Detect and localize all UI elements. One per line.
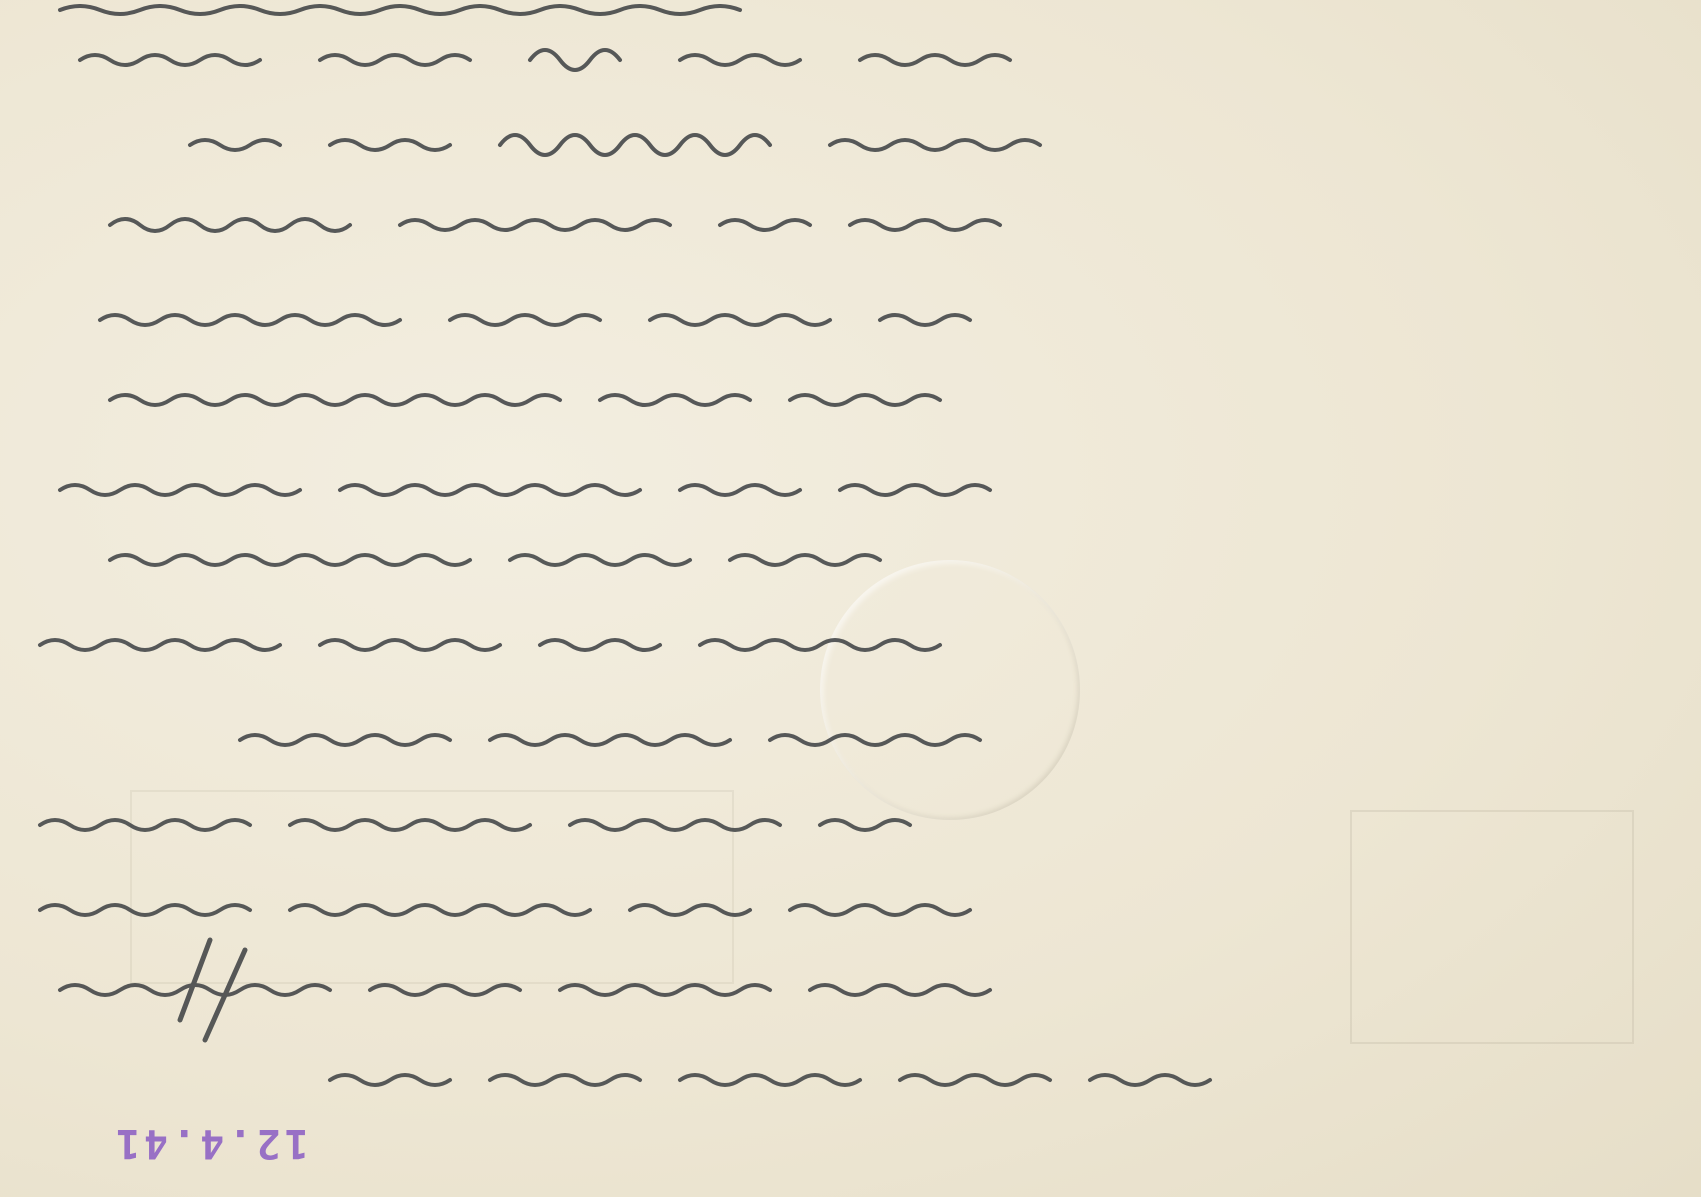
handwriting-lines [0,0,1701,1197]
postcard-scan: 12.4.41 Handwritten text in old German-s… [0,0,1701,1197]
date-stamp: 12.4.41 [112,1120,309,1166]
